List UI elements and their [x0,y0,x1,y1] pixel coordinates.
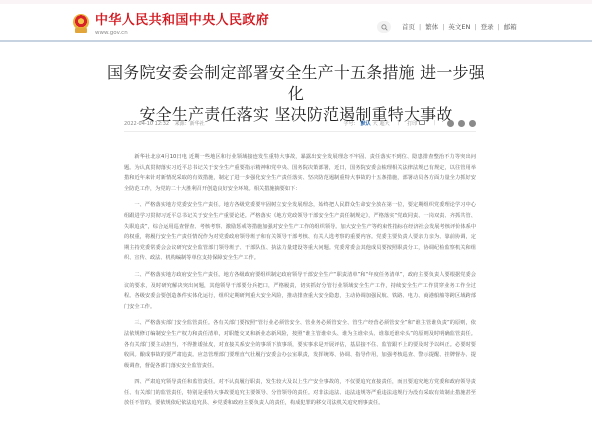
printer-icon [419,120,425,125]
site-title: 中华人民共和国中央人民政府 [95,14,269,28]
article-meta: 2022-04-10 12:32 来源：新华社 字号： 默认 大 超大 | 打印… [124,117,476,129]
nav-home[interactable]: 首页 [402,22,415,31]
meta-divider [124,131,476,132]
site-url: www.gov.cn [95,29,269,38]
source-label: 来源： [175,121,190,127]
nav-separator: | [419,23,421,31]
nav-traditional[interactable]: 繁体 [425,22,438,31]
print-label: 打印 [407,121,417,127]
site-logo[interactable]: 中华人民共和国中央人民政府 www.gov.cn [73,14,269,38]
font-size-large[interactable]: 大 [373,120,378,127]
wechat-icon[interactable] [458,120,465,127]
nav-english[interactable]: 英文EN [448,22,470,31]
qzone-icon[interactable] [469,120,476,127]
nav-separator: | [474,23,476,31]
article-title: 国务院安委会制定部署安全生产十五条措施 进一步强化 安全生产责任落实 坚决防范遏… [100,62,492,125]
site-header: 中华人民共和国中央人民政府 www.gov.cn 首页 | 繁体 | 英文EN … [0,4,592,42]
search-button[interactable] [377,21,391,33]
national-emblem-icon [73,14,89,33]
article-body: 新华社北京4月10日电 近期一些地区和行业领域接连发生重特大事故，暴露出安全发展… [124,152,476,415]
title-line-1: 国务院安委会制定部署安全生产十五条措施 进一步强化 [100,62,492,104]
paragraph-2: 二、严格落实地方政府安全生产责任。地方各级政府要组织制定政府领导干部安全生产“职… [124,270,476,312]
nav-separator: | [442,23,444,31]
paragraph-4: 四、严肃追究领导责任和监管责任。对不认真履行职责，发生较大及以上生产安全事故的，… [124,377,476,409]
paragraph-intro: 新华社北京4月10日电 近期一些地区和行业领域接连发生重特大事故，暴露出安全发展… [124,152,476,194]
font-size-default[interactable]: 默认 [361,120,371,127]
meta-separator: | [433,120,435,126]
font-size-xlarge[interactable]: 超大 [380,120,390,127]
paragraph-1: 一、严格落实地方党委安全生产责任。地方各级党委要牢固树立安全发展理念，始终把人民… [124,200,476,264]
source-name: 新华社 [190,121,205,127]
nav-login[interactable]: 登录 [481,22,494,31]
nav-separator: | [498,23,500,31]
font-size-label: 字号： [344,120,359,127]
paragraph-3: 三、严格落实部门安全监管责任。各有关部门要按照“管行业必须管安全、管业务必须管安… [124,318,476,371]
nav-mail[interactable]: 邮箱 [504,22,517,31]
top-nav: 首页 | 繁体 | 英文EN | 登录 | 邮箱 [402,22,517,31]
print-button[interactable]: 打印 [407,120,425,127]
publish-date: 2022-04-10 12:32 [124,121,169,127]
weibo-icon[interactable] [447,120,454,127]
meta-separator: | [398,120,400,126]
search-icon [381,24,388,31]
